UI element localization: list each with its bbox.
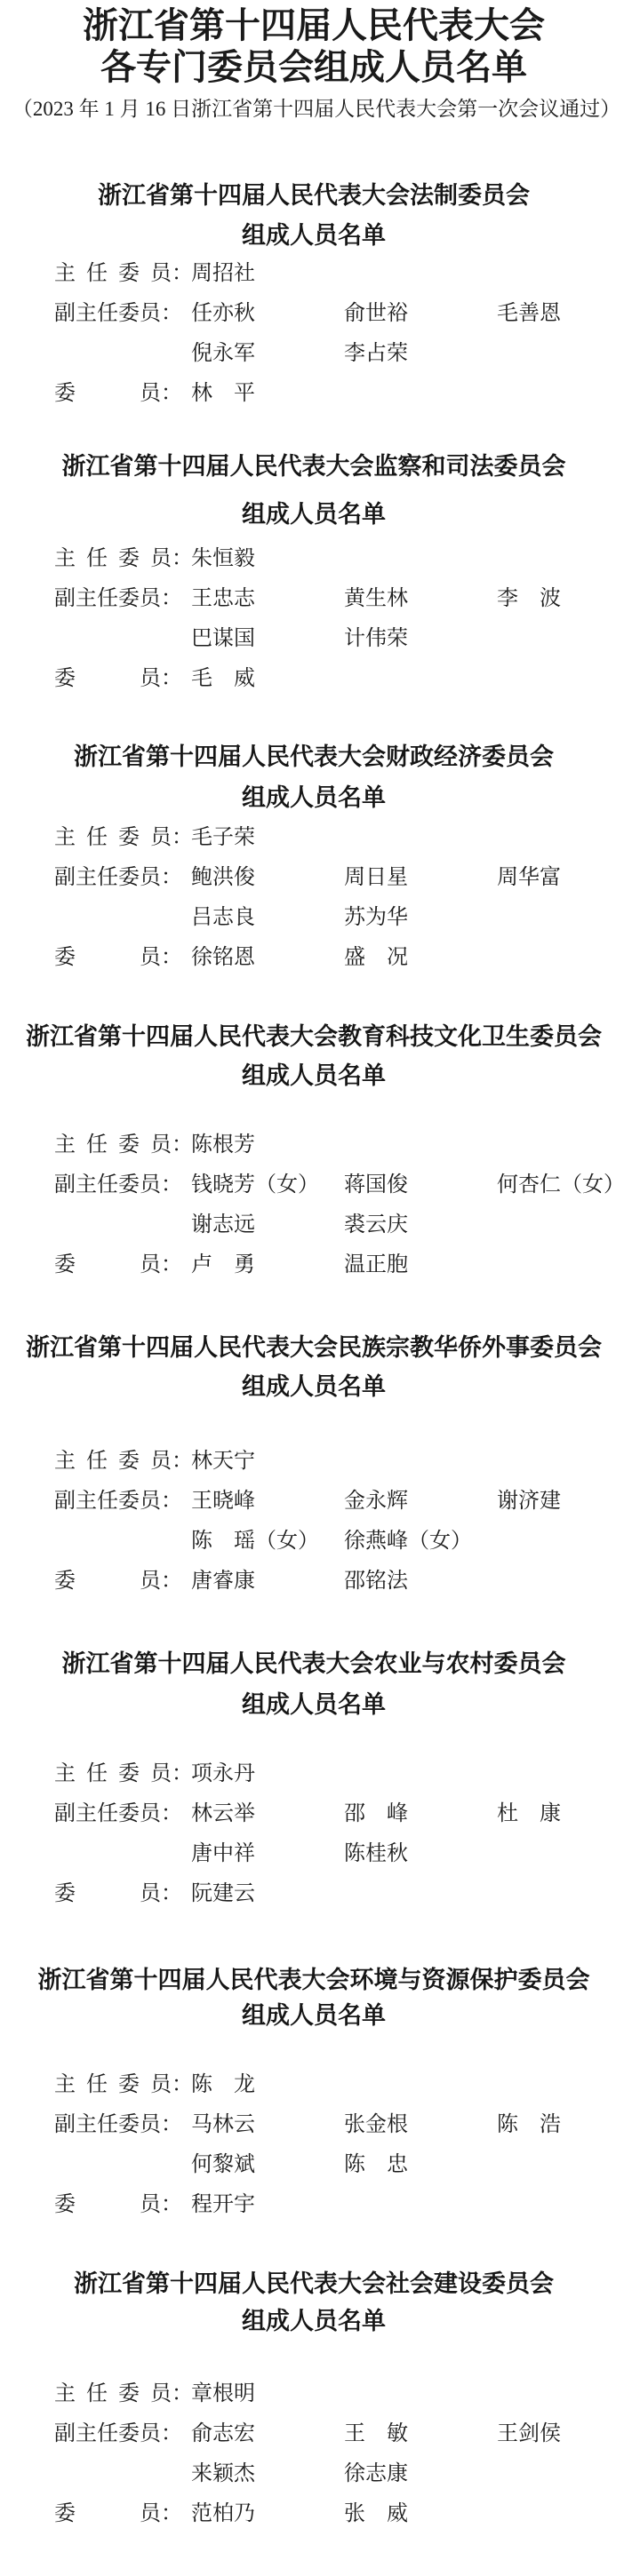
role-label: 委 员： xyxy=(54,2500,191,2527)
member-names: 吕志良苏为华 xyxy=(191,904,497,931)
member-row: 委 员： 卢 勇温正胞 xyxy=(54,1252,640,1278)
member-row: 副主任委员： 鲍洪俊周日星周华富 xyxy=(54,864,640,891)
member-name: 谢志远 xyxy=(191,1212,344,1238)
committee-subtitle: 组成人员名单 xyxy=(0,222,628,250)
member-names: 林云举邵 峰杜 康 xyxy=(191,1801,640,1827)
member-name: 黄生林 xyxy=(344,585,497,612)
document-title-line2: 各专门委员会组成人员名单 xyxy=(0,47,628,88)
role-label: 委 员： xyxy=(54,944,191,971)
member-name: 俞志宏 xyxy=(191,2421,344,2447)
member-name: 王剑侯 xyxy=(497,2421,640,2447)
member-name: 陈 浩 xyxy=(497,2111,640,2138)
document-page: 浙江省第十四届人民代表大会 各专门委员会组成人员名单 （2023 年 1 月 1… xyxy=(0,0,640,2576)
member-name: 徐志康 xyxy=(344,2461,497,2487)
role-label: 主 任 委 员： xyxy=(54,1761,191,1787)
member-row: 吕志良苏为华 xyxy=(54,904,640,931)
role-label: 委 员： xyxy=(54,380,191,407)
committee-title: 浙江省第十四届人民代表大会监察和司法委员会 xyxy=(0,453,628,481)
member-names: 范柏乃张 威 xyxy=(191,2500,497,2527)
member-name: 周招社 xyxy=(191,260,344,287)
member-names: 谢志远裘云庆 xyxy=(191,1212,497,1238)
role-label: 主 任 委 员： xyxy=(54,2381,191,2407)
committee-title: 浙江省第十四届人民代表大会财政经济委员会 xyxy=(0,743,628,771)
member-row: 副主任委员： 俞志宏王 敏王剑侯 xyxy=(54,2421,640,2447)
member-names: 陈根芳 xyxy=(191,1132,344,1158)
member-name: 张 威 xyxy=(344,2500,497,2527)
member-row: 委 员： 范柏乃张 威 xyxy=(54,2500,640,2527)
member-name: 马林云 xyxy=(191,2111,344,2138)
role-label: 主 任 委 员： xyxy=(54,2071,191,2098)
role-label: 委 员： xyxy=(54,665,191,692)
member-name: 唐睿康 xyxy=(191,1568,344,1594)
member-name: 朱恒毅 xyxy=(191,545,344,572)
member-name: 邵铭法 xyxy=(344,1568,497,1594)
member-name: 杜 康 xyxy=(497,1801,640,1827)
member-row: 委 员： 阮建云 xyxy=(54,1880,640,1907)
member-names: 朱恒毅 xyxy=(191,545,344,572)
member-row: 委 员： 程开宇 xyxy=(54,2191,640,2218)
member-names: 巴谋国计伟荣 xyxy=(191,625,497,652)
member-names: 陈 瑶（女）徐燕峰（女） xyxy=(191,1528,497,1554)
member-names: 陈 龙 xyxy=(191,2071,344,2098)
member-name: 来颖杰 xyxy=(191,2461,344,2487)
member-name: 巴谋国 xyxy=(191,625,344,652)
member-names: 任亦秋俞世裕毛善恩 xyxy=(191,300,640,327)
role-label: 副主任委员： xyxy=(54,585,191,612)
member-row: 唐中祥陈桂秋 xyxy=(54,1841,640,1867)
member-name: 唐中祥 xyxy=(191,1841,344,1867)
member-row: 委 员： 毛 威 xyxy=(54,665,640,692)
committee-title: 浙江省第十四届人民代表大会教育科技文化卫生委员会 xyxy=(0,1023,628,1051)
committee-subtitle: 组成人员名单 xyxy=(0,1373,628,1401)
member-names: 鲍洪俊周日星周华富 xyxy=(191,864,640,891)
member-name: 金永辉 xyxy=(344,1488,497,1515)
member-name: 何黎斌 xyxy=(191,2151,344,2178)
role-label: 主 任 委 员： xyxy=(54,260,191,287)
document-title-line1: 浙江省第十四届人民代表大会 xyxy=(0,5,628,46)
member-name: 毛善恩 xyxy=(497,300,640,327)
member-name: 项永丹 xyxy=(191,1761,344,1787)
member-name: 林云举 xyxy=(191,1801,344,1827)
member-name: 周华富 xyxy=(497,864,640,891)
committee-title: 浙江省第十四届人民代表大会法制委员会 xyxy=(0,182,628,210)
member-name: 章根明 xyxy=(191,2381,344,2407)
committee-title: 浙江省第十四届人民代表大会农业与农村委员会 xyxy=(0,1650,628,1678)
role-label: 委 员： xyxy=(54,1568,191,1594)
member-names: 马林云张金根陈 浩 xyxy=(191,2111,640,2138)
committee-title: 浙江省第十四届人民代表大会社会建设委员会 xyxy=(0,2270,628,2298)
member-names: 章根明 xyxy=(191,2381,344,2407)
member-row: 副主任委员： 王忠志黄生林李 波 xyxy=(54,585,640,612)
member-names: 唐睿康邵铭法 xyxy=(191,1568,497,1594)
member-row: 副主任委员： 马林云张金根陈 浩 xyxy=(54,2111,640,2138)
member-names: 何黎斌陈 忠 xyxy=(191,2151,497,2178)
member-row: 倪永军李占荣 xyxy=(54,340,640,367)
role-label: 主 任 委 员： xyxy=(54,1132,191,1158)
member-name: 何杏仁（女） xyxy=(497,1172,640,1198)
member-name: 李 波 xyxy=(497,585,640,612)
role-label: 委 员： xyxy=(54,2191,191,2218)
role-label: 主 任 委 员： xyxy=(54,545,191,572)
member-row: 委 员： 唐睿康邵铭法 xyxy=(54,1568,640,1594)
member-names: 林天宁 xyxy=(191,1448,344,1475)
member-name: 王 敏 xyxy=(344,2421,497,2447)
role-label: 委 员： xyxy=(54,1252,191,1278)
role-label: 委 员： xyxy=(54,1880,191,1907)
role-label: 主 任 委 员： xyxy=(54,824,191,851)
role-label: 副主任委员： xyxy=(54,1172,191,1198)
role-label: 副主任委员： xyxy=(54,2111,191,2138)
member-name: 蒋国俊 xyxy=(344,1172,497,1198)
member-name: 王忠志 xyxy=(191,585,344,612)
committee-subtitle: 组成人员名单 xyxy=(0,1691,628,1719)
member-name: 阮建云 xyxy=(191,1880,344,1907)
member-names: 来颖杰徐志康 xyxy=(191,2461,497,2487)
member-row: 主 任 委 员： 章根明 xyxy=(54,2381,640,2407)
member-name: 盛 况 xyxy=(344,944,497,971)
role-label: 副主任委员： xyxy=(54,864,191,891)
member-name: 倪永军 xyxy=(191,340,344,367)
member-name: 俞世裕 xyxy=(344,300,497,327)
member-row: 陈 瑶（女）徐燕峰（女） xyxy=(54,1528,640,1554)
role-label: 副主任委员： xyxy=(54,2421,191,2447)
approval-note: （2023 年 1 月 16 日浙江省第十四届人民代表大会第一次会议通过） xyxy=(0,97,633,122)
member-row: 主 任 委 员： 林天宁 xyxy=(54,1448,640,1475)
member-names: 俞志宏王 敏王剑侯 xyxy=(191,2421,640,2447)
member-names: 项永丹 xyxy=(191,1761,344,1787)
member-name: 陈桂秋 xyxy=(344,1841,497,1867)
committee-title: 浙江省第十四届人民代表大会民族宗教华侨外事委员会 xyxy=(0,1334,628,1362)
member-row: 副主任委员： 钱晓芳（女）蒋国俊何杏仁（女） xyxy=(54,1172,640,1198)
member-row: 主 任 委 员： 周招社 xyxy=(54,260,640,287)
member-row: 主 任 委 员： 朱恒毅 xyxy=(54,545,640,572)
member-row: 巴谋国计伟荣 xyxy=(54,625,640,652)
role-label: 主 任 委 员： xyxy=(54,1448,191,1475)
member-row: 谢志远裘云庆 xyxy=(54,1212,640,1238)
member-names: 卢 勇温正胞 xyxy=(191,1252,497,1278)
member-name: 李占荣 xyxy=(344,340,497,367)
role-label: 副主任委员： xyxy=(54,1488,191,1515)
role-label: 副主任委员： xyxy=(54,1801,191,1827)
member-names: 周招社 xyxy=(191,260,344,287)
member-names: 林 平 xyxy=(191,380,344,407)
member-row: 主 任 委 员： 项永丹 xyxy=(54,1761,640,1787)
member-row: 来颖杰徐志康 xyxy=(54,2461,640,2487)
member-name: 裘云庆 xyxy=(344,1212,497,1238)
member-name: 温正胞 xyxy=(344,1252,497,1278)
member-names: 阮建云 xyxy=(191,1880,344,1907)
member-row: 委 员： 徐铭恩盛 况 xyxy=(54,944,640,971)
member-name: 徐铭恩 xyxy=(191,944,344,971)
member-name: 陈根芳 xyxy=(191,1132,344,1158)
member-name: 邵 峰 xyxy=(344,1801,497,1827)
member-name: 任亦秋 xyxy=(191,300,344,327)
member-name: 范柏乃 xyxy=(191,2500,344,2527)
member-name: 苏为华 xyxy=(344,904,497,931)
member-row: 主 任 委 员： 陈根芳 xyxy=(54,1132,640,1158)
member-name: 鲍洪俊 xyxy=(191,864,344,891)
member-row: 副主任委员： 王晓峰金永辉谢济建 xyxy=(54,1488,640,1515)
member-names: 徐铭恩盛 况 xyxy=(191,944,497,971)
member-row: 副主任委员： 任亦秋俞世裕毛善恩 xyxy=(54,300,640,327)
member-name: 谢济建 xyxy=(497,1488,640,1515)
member-names: 王忠志黄生林李 波 xyxy=(191,585,640,612)
member-row: 主 任 委 员： 陈 龙 xyxy=(54,2071,640,2098)
member-names: 毛子荣 xyxy=(191,824,344,851)
member-names: 钱晓芳（女）蒋国俊何杏仁（女） xyxy=(191,1172,640,1198)
member-name: 吕志良 xyxy=(191,904,344,931)
member-name: 毛子荣 xyxy=(191,824,344,851)
committee-subtitle: 组成人员名单 xyxy=(0,1062,628,1090)
member-names: 毛 威 xyxy=(191,665,344,692)
member-name: 陈 龙 xyxy=(191,2071,344,2098)
member-row: 委 员： 林 平 xyxy=(54,380,640,407)
member-name: 毛 威 xyxy=(191,665,344,692)
member-names: 王晓峰金永辉谢济建 xyxy=(191,1488,640,1515)
member-row: 主 任 委 员： 毛子荣 xyxy=(54,824,640,851)
member-names: 程开宇 xyxy=(191,2191,344,2218)
member-names: 唐中祥陈桂秋 xyxy=(191,1841,497,1867)
member-row: 副主任委员： 林云举邵 峰杜 康 xyxy=(54,1801,640,1827)
member-name: 王晓峰 xyxy=(191,1488,344,1515)
committee-title: 浙江省第十四届人民代表大会环境与资源保护委员会 xyxy=(0,1967,628,1994)
member-name: 周日星 xyxy=(344,864,497,891)
member-name: 陈 瑶（女） xyxy=(191,1528,344,1554)
member-name: 徐燕峰（女） xyxy=(344,1528,497,1554)
member-name: 钱晓芳（女） xyxy=(191,1172,344,1198)
member-name: 程开宇 xyxy=(191,2191,344,2218)
member-row: 何黎斌陈 忠 xyxy=(54,2151,640,2178)
member-name: 陈 忠 xyxy=(344,2151,497,2178)
committee-subtitle: 组成人员名单 xyxy=(0,501,628,529)
member-name: 计伟荣 xyxy=(344,625,497,652)
member-name: 林天宁 xyxy=(191,1448,344,1475)
role-label: 副主任委员： xyxy=(54,300,191,327)
member-name: 卢 勇 xyxy=(191,1252,344,1278)
member-names: 倪永军李占荣 xyxy=(191,340,497,367)
committee-subtitle: 组成人员名单 xyxy=(0,784,628,812)
member-name: 林 平 xyxy=(191,380,344,407)
committee-subtitle: 组成人员名单 xyxy=(0,2308,628,2335)
committee-subtitle: 组成人员名单 xyxy=(0,2002,628,2030)
member-name: 张金根 xyxy=(344,2111,497,2138)
